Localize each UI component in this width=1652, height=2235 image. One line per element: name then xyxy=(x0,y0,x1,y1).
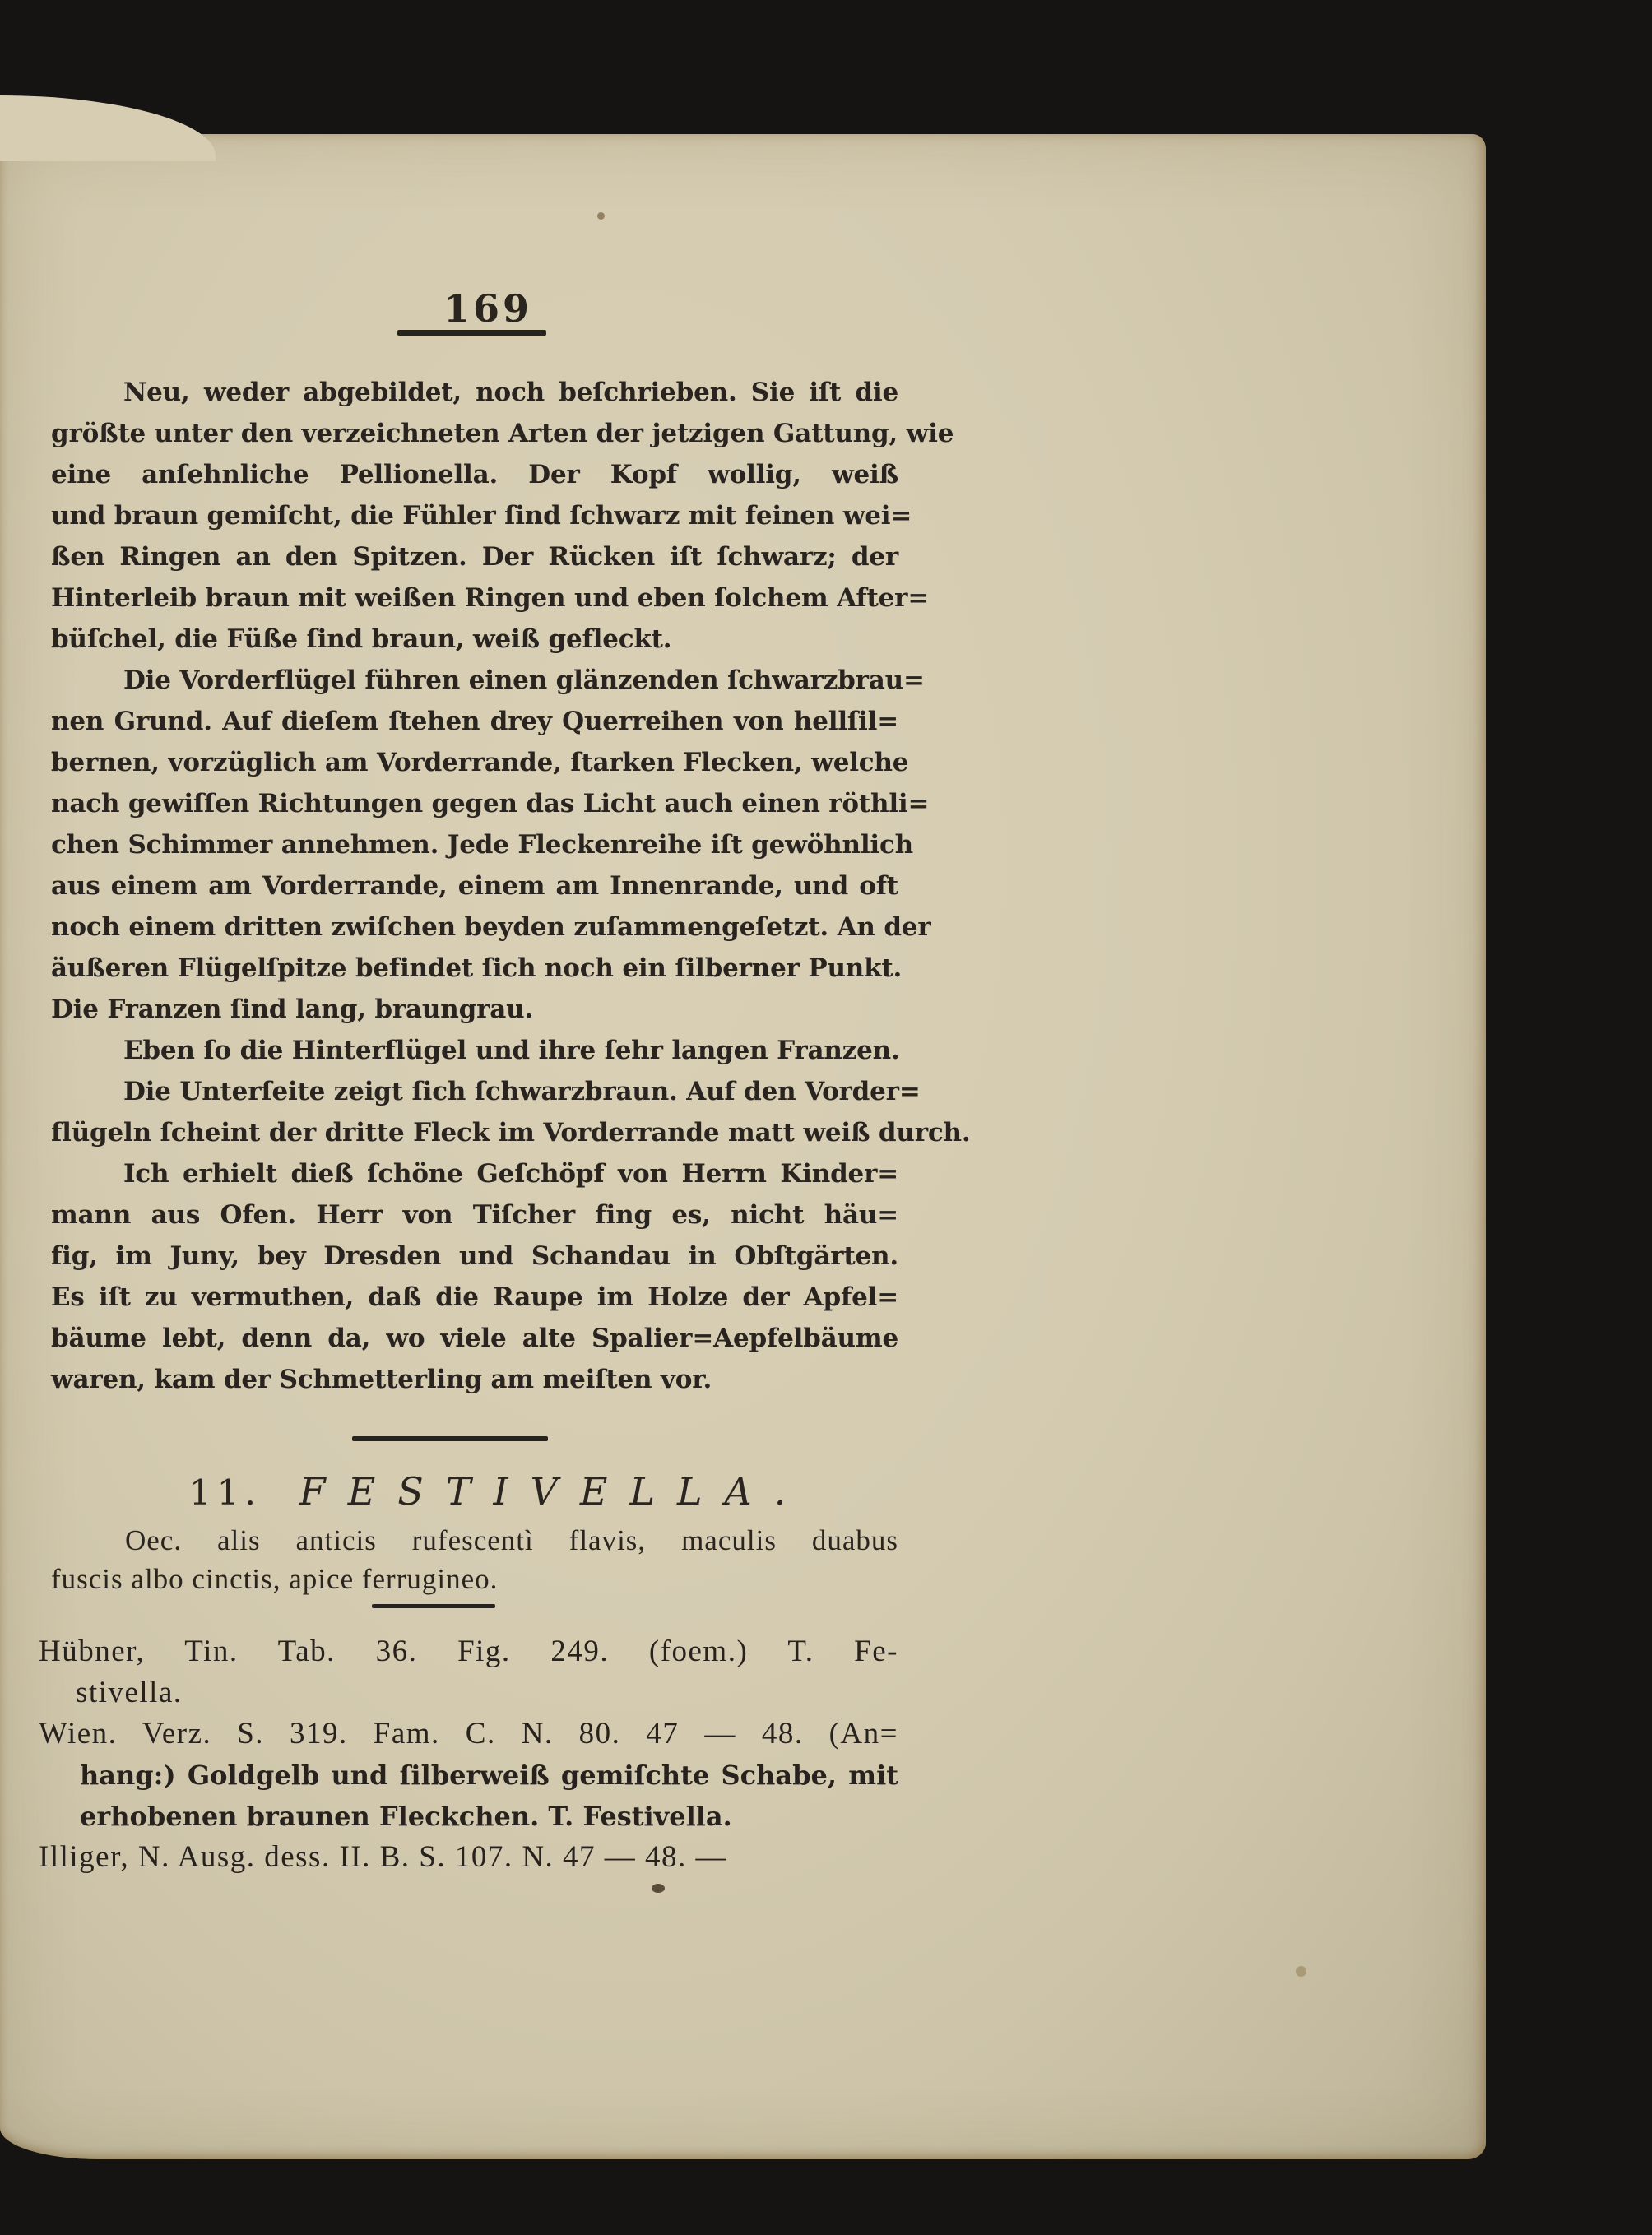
body-text: Neu, weder abgebildet, noch beſchrieben.… xyxy=(51,372,898,1400)
body-line: äußeren Flügelſpitze befindet ſich noch … xyxy=(51,948,898,989)
reference-line: erhobenen braunen Fleckchen. T. Festivel… xyxy=(39,1796,898,1837)
diagnosis-line: Oec. alis anticis rufescentì flavis, mac… xyxy=(51,1521,898,1560)
reference-line: Wien. Verz. S. 319. Fam. C. N. 80. 47 — … xyxy=(39,1713,898,1755)
body-line: chen Schimmer annehmen. Jede Fleckenreih… xyxy=(51,824,898,865)
page-number-rule xyxy=(397,330,546,336)
species-title: FESTIVELLA. xyxy=(299,1469,809,1514)
body-line: Die Franzen ſind lang, braungrau. xyxy=(51,989,898,1030)
body-line: aus einem am Vorderrande, einem am Innen… xyxy=(51,865,898,907)
body-line: eine anſehnliche Pellionella. Der Kopf w… xyxy=(51,454,898,495)
reference-divider xyxy=(372,1604,495,1608)
paragraph: Eben ſo die Hinterflügel und ihre ſehr l… xyxy=(51,1030,898,1071)
body-line: fig, im Juny, bey Dresden und Schandau i… xyxy=(51,1236,898,1277)
scanned-book-page: 169 Neu, weder abgebildet, noch beſchrie… xyxy=(0,0,1652,2235)
reference-line: hang:) Goldgelb und ſilberweiß gemiſchte… xyxy=(39,1755,898,1796)
body-line: bernen, vorzüglich am Vorderrande, ſtark… xyxy=(51,742,898,783)
body-line: Die Unterſeite zeigt ſich ſchwarzbraun. … xyxy=(51,1071,898,1112)
body-line: nach gewiſſen Richtungen gegen das Licht… xyxy=(51,783,898,824)
latin-diagnosis: Oec. alis anticis rufescentì flavis, mac… xyxy=(51,1521,898,1598)
species-heading: 11. FESTIVELLA. xyxy=(189,1469,808,1514)
body-line: flügeln ſcheint der dritte Fleck im Vord… xyxy=(51,1112,898,1153)
paragraph: Die Vorderflügel führen einen glänzenden… xyxy=(51,660,898,1030)
diagnosis-line: fuscis albo cinctis, apice ferrugineo. xyxy=(51,1560,898,1598)
reference-list: Hübner, Tin. Tab. 36. Fig. 249. (foem.) … xyxy=(39,1631,898,1878)
body-line: Hinterleib braun mit weißen Ringen und e… xyxy=(51,577,898,619)
body-line: nen Grund. Auf dieſem ſtehen drey Querre… xyxy=(51,701,898,742)
paper-stain xyxy=(1296,1966,1306,1977)
section-divider xyxy=(352,1436,548,1441)
reference-line: Hübner, Tin. Tab. 36. Fig. 249. (foem.) … xyxy=(39,1631,898,1672)
body-line: waren, kam der Schmetterling am meiſten … xyxy=(51,1359,898,1400)
species-number: 11. xyxy=(189,1472,262,1513)
paragraph: Neu, weder abgebildet, noch beſchrieben.… xyxy=(51,372,898,660)
reference-line: stivella. xyxy=(39,1672,898,1713)
body-line: Es iſt zu vermuthen, daß die Raupe im Ho… xyxy=(51,1277,898,1318)
page-number: 169 xyxy=(443,286,533,331)
paragraph: Ich erhielt dieß ſchöne Geſchöpf von Her… xyxy=(51,1153,898,1400)
body-line: ßen Ringen an den Spitzen. Der Rücken iſ… xyxy=(51,536,898,577)
body-line: Ich erhielt dieß ſchöne Geſchöpf von Her… xyxy=(51,1153,898,1194)
body-line: bäume lebt, denn da, wo viele alte Spali… xyxy=(51,1318,898,1359)
body-line: Eben ſo die Hinterflügel und ihre ſehr l… xyxy=(51,1030,898,1071)
body-line: mann aus Ofen. Herr von Tiſcher fing es,… xyxy=(51,1194,898,1236)
reference-line: Illiger, N. Ausg. dess. II. B. S. 107. N… xyxy=(39,1837,898,1878)
body-line: büſchel, die Füße ſind braun, weiß gefle… xyxy=(51,619,898,660)
body-line: Die Vorderflügel führen einen glänzenden… xyxy=(51,660,898,701)
paper-stain xyxy=(652,1884,665,1893)
paragraph: Die Unterſeite zeigt ſich ſchwarzbraun. … xyxy=(51,1071,898,1153)
paper-sheet-curled-corner xyxy=(0,95,216,161)
paper-stain xyxy=(597,212,605,220)
body-line: und braun gemiſcht, die Fühler ſind ſchw… xyxy=(51,495,898,536)
body-line: größte unter den verzeichneten Arten der… xyxy=(51,413,898,454)
body-line: noch einem dritten zwiſchen beyden zuſam… xyxy=(51,907,898,948)
body-line: Neu, weder abgebildet, noch beſchrieben.… xyxy=(51,372,898,413)
